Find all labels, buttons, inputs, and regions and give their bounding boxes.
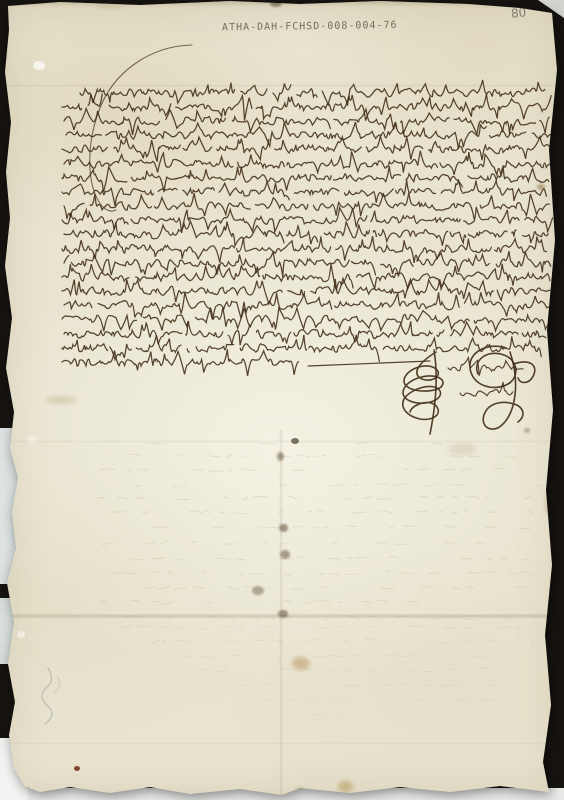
paper-wrapper: ATHA-DAH-FCHSD-008-004-76 80 <box>0 0 564 800</box>
paper-sheet: ATHA-DAH-FCHSD-008-004-76 80 <box>0 0 564 800</box>
stain <box>292 657 310 670</box>
stain <box>17 631 25 638</box>
stain <box>448 443 476 455</box>
stain <box>295 788 306 796</box>
stain <box>270 0 282 7</box>
stain <box>74 766 80 771</box>
stain <box>524 428 530 433</box>
scanned-manuscript-page: ATHA-DAH-FCHSD-008-004-76 80 <box>0 0 564 800</box>
stain <box>33 61 45 70</box>
stain <box>46 396 76 404</box>
bleed-through-text <box>99 443 541 718</box>
fold-crease-horizontal <box>0 84 564 87</box>
stain <box>252 586 264 595</box>
manuscript-text-block <box>62 80 553 376</box>
stain <box>97 3 123 9</box>
pencil-scribble <box>42 668 60 724</box>
stain <box>338 781 353 792</box>
stain <box>545 492 554 516</box>
stain <box>537 184 545 190</box>
fold-crease-vertical <box>279 430 283 795</box>
signature-rubric <box>403 346 535 434</box>
end-line <box>308 361 430 366</box>
